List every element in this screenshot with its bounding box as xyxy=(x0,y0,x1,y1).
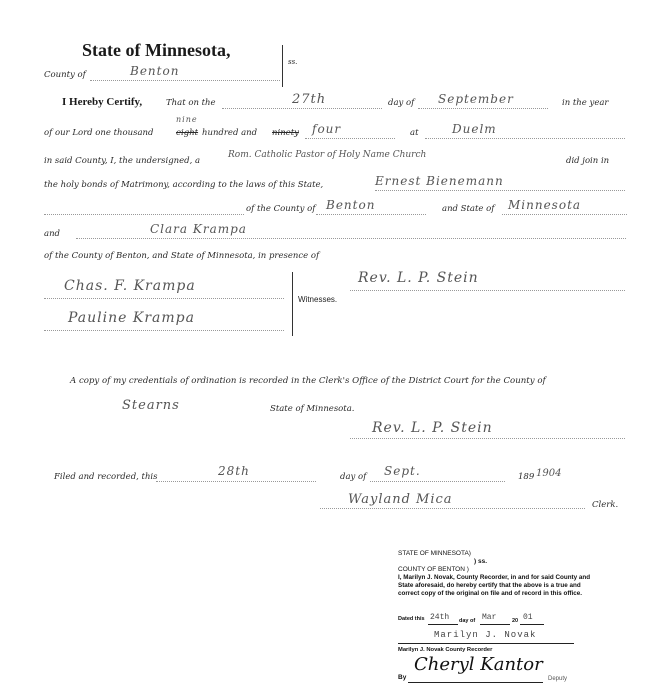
ss-brace xyxy=(282,45,283,87)
officiant-title: Rom. Catholic Pastor of Holy Name Church xyxy=(228,150,426,160)
stamp-body: I, Marilyn J. Novak, County Recorder, in… xyxy=(398,574,598,598)
dated-day-line xyxy=(428,624,458,625)
dated-year: 01 xyxy=(523,613,533,622)
bride-county-line: of the County of Benton, and State of Mi… xyxy=(44,251,319,261)
struck-ninety: ninety xyxy=(272,128,299,138)
credentials-county: Stearns xyxy=(122,398,180,413)
clerk-signature: Wayland Mica xyxy=(348,492,453,507)
and-state-of-label: and State of xyxy=(442,204,494,214)
witness-1-line xyxy=(44,298,284,299)
deputy-label: Deputy xyxy=(548,676,567,682)
inserted-word: nine xyxy=(176,115,198,124)
ss-label: ss. xyxy=(288,58,297,66)
stamp-ss: ) ss. xyxy=(474,558,487,565)
month-line xyxy=(418,108,548,109)
credentials-signature: Rev. L. P. Stein xyxy=(372,420,493,436)
recorder-typed: Marilyn J. Novak xyxy=(434,630,536,640)
witness-2-line xyxy=(44,330,284,331)
place-value: Duelm xyxy=(452,122,497,136)
of-county-of-label: of the County of xyxy=(246,204,315,214)
officiant-signature-line xyxy=(350,290,625,291)
witness-2: Pauline Krampa xyxy=(68,310,195,326)
and-label: and xyxy=(44,229,60,239)
hundred-and-label: hundred and xyxy=(202,128,257,138)
groom-county: Benton xyxy=(326,198,375,212)
year-value: four xyxy=(312,122,341,136)
filed-year: 1904 xyxy=(536,468,561,479)
month-value: September xyxy=(438,92,514,106)
filed-year-prefix: 189 xyxy=(518,472,534,482)
groom-state: Minnesota xyxy=(508,198,581,212)
witness-1: Chas. F. Krampa xyxy=(64,278,196,294)
dated-day: 24th xyxy=(430,613,449,622)
groom-name: Ernest Bienemann xyxy=(375,174,504,188)
day-of-label: day of xyxy=(388,98,414,108)
year-line xyxy=(305,138,395,139)
groom-county-line xyxy=(316,214,426,215)
groom-line xyxy=(375,190,625,191)
filed-month: Sept. xyxy=(384,464,421,478)
day-value: 27th xyxy=(292,92,326,107)
dated-month: Mar xyxy=(482,613,496,622)
that-on-the-label: That on the xyxy=(166,98,216,108)
did-join-in-label: did join in xyxy=(566,156,609,166)
clerk-label: Clerk. xyxy=(592,500,618,510)
witness-brace xyxy=(292,272,293,336)
holy-bonds-label: the holy bonds of Matrimony, according t… xyxy=(44,180,323,190)
struck-eight: eight xyxy=(176,128,198,138)
place-line xyxy=(425,138,625,139)
year-prefix: 20 xyxy=(512,618,518,624)
recorder-line xyxy=(398,643,574,644)
groom-line-2 xyxy=(44,214,244,215)
filed-day-of-label: day of xyxy=(340,472,366,482)
county-line xyxy=(90,80,280,81)
certify-lead: I Hereby Certify, xyxy=(62,96,142,108)
credentials-signature-line xyxy=(350,438,625,439)
dated-label: Dated this xyxy=(398,616,425,622)
by-label: By xyxy=(398,674,406,681)
at-label: at xyxy=(410,128,418,138)
filed-day-line xyxy=(156,481,316,482)
officiant-signature: Rev. L. P. Stein xyxy=(358,270,479,286)
in-said-county-label: in said County, I, the undersigned, a xyxy=(44,156,200,166)
credentials-state: State of Minnesota. xyxy=(270,404,355,414)
county-value: Benton xyxy=(130,64,179,78)
dated-month-line xyxy=(480,624,510,625)
day-line xyxy=(222,108,382,109)
bride-line xyxy=(76,238,626,239)
credentials-text: A copy of my credentials of ordination i… xyxy=(70,376,546,386)
groom-state-line xyxy=(502,214,627,215)
day-of-label: day of xyxy=(459,618,475,624)
in-the-year-label: in the year xyxy=(562,98,608,108)
of-our-lord-label: of our Lord one thousand xyxy=(44,128,153,138)
filed-label: Filed and recorded, this xyxy=(54,472,158,482)
stamp-state-line: STATE OF MINNESOTA) xyxy=(398,550,471,557)
deputy-signature: Cheryl Kantor xyxy=(414,654,543,675)
filed-day: 28th xyxy=(218,464,250,478)
recorder-caption: Marilyn J. Novak County Recorder xyxy=(398,647,492,653)
witnesses-label: Witnesses. xyxy=(298,295,337,304)
deputy-line xyxy=(408,682,543,683)
county-label: County of xyxy=(44,70,86,80)
stamp-county-line: COUNTY OF BENTON ) xyxy=(398,566,469,573)
document-title: State of Minnesota, xyxy=(82,40,230,61)
filed-month-line xyxy=(370,481,505,482)
bride-name: Clara Krampa xyxy=(150,222,247,236)
dated-year-line xyxy=(520,624,544,625)
clerk-line xyxy=(320,508,585,509)
